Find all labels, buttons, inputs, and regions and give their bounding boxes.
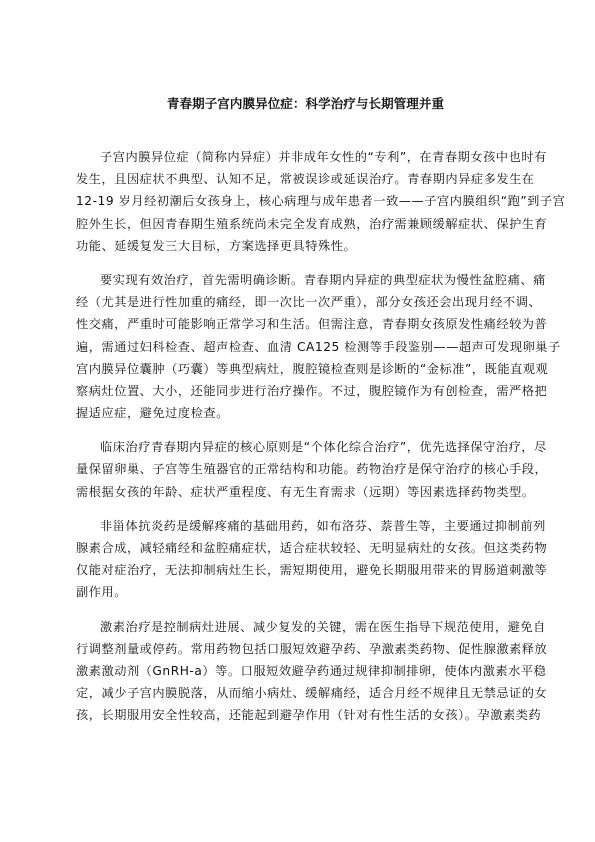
- text-line: 量保留卵巢、子宫等生殖器官的正常结构和功能。药物治疗是保守治疗的核心手段，: [76, 458, 528, 480]
- document-page: 青春期子宫内膜异位症：科学治疗与长期管理并重 子宫内膜异位症（简称内异症）并非成…: [0, 0, 595, 842]
- text-line: 察病灶位置、大小，还能同步进行治疗操作。不过，腹腔镜作为有创检查，需严格把: [76, 380, 528, 402]
- text-line: 需根据女孩的年龄、症状严重程度、有无生育需求（远期）等因素选择药物类型。: [76, 481, 528, 503]
- text-line: 握适应症，避免过度检查。: [76, 402, 528, 424]
- text-line: 行调整剂量或停药。常用药物包括口服短效避孕药、孕激素类药物、促性腺激素释放: [76, 638, 528, 660]
- text-line: 临床治疗青春期内异症的核心原则是“个体化综合治疗”，优先选择保守治疗，尽: [76, 436, 528, 458]
- text-line: 遍，需通过妇科检查、超声检查、血清 CA125 检测等手段鉴别——超声可发现卵巢…: [76, 336, 528, 358]
- text-line: 发生，且因症状不典型、认知不足，常被误诊或延误治疗。青春期内异症多发生在: [76, 168, 528, 190]
- text-line: 激素治疗是控制病灶进展、减少复发的关键，需在医生指导下规范使用，避免自: [76, 616, 528, 638]
- text-line: 宫内膜异位囊肿（巧囊）等典型病灶，腹腔镜检查则是诊断的“金标准”，既能直观观: [76, 358, 528, 380]
- document-title: 青春期子宫内膜异位症：科学治疗与长期管理并重: [0, 96, 595, 112]
- text-line: 副作用。: [76, 581, 528, 603]
- document-body: 子宫内膜异位症（简称内异症）并非成年女性的“专利”，在青春期女孩中也时有 发生，…: [76, 146, 528, 739]
- text-line: 非甾体抗炎药是缓解疼痛的基础用药，如布洛芬、萘普生等，主要通过抑制前列: [76, 515, 528, 537]
- text-line: 仅能对症治疗，无法抑制病灶生长，需短期使用，避免长期服用带来的胃肠道刺激等: [76, 559, 528, 581]
- paragraph-treatment-principle: 临床治疗青春期内异症的核心原则是“个体化综合治疗”，优先选择保守治疗，尽 量保留…: [76, 436, 528, 503]
- text-line: 性交痛，严重时可能影响正常学习和生活。但需注意，青春期女孩原发性痛经较为普: [76, 313, 528, 335]
- text-line: 腔外生长，但因青春期生殖系统尚未完全发育成熟，治疗需兼顾缓解症状、保护生育: [76, 213, 528, 235]
- text-line: 定，减少子宫内膜脱落，从而缩小病灶、缓解痛经，适合月经不规律且无禁忌证的女: [76, 682, 528, 704]
- paragraph-hormone-therapy: 激素治疗是控制病灶进展、减少复发的关键，需在医生指导下规范使用，避免自 行调整剂…: [76, 616, 528, 727]
- text-line: 要实现有效治疗，首先需明确诊断。青春期内异症的典型症状为慢性盆腔痛、痛: [76, 269, 528, 291]
- text-line: 功能、延缓复发三大目标，方案选择更具特殊性。: [76, 235, 528, 257]
- text-line: 12-19 岁月经初潮后女孩身上，核心病理与成年患者一致——子宫内膜组织“跑”到…: [76, 190, 528, 212]
- paragraph-intro: 子宫内膜异位症（简称内异症）并非成年女性的“专利”，在青春期女孩中也时有 发生，…: [76, 146, 528, 257]
- text-line: 孩，长期服用安全性较高，还能起到避孕作用（针对有性生活的女孩）。孕激素类药: [76, 704, 528, 726]
- paragraph-diagnosis: 要实现有效治疗，首先需明确诊断。青春期内异症的典型症状为慢性盆腔痛、痛 经（尤其…: [76, 269, 528, 424]
- text-line: 经（尤其是进行性加重的痛经，即一次比一次严重），部分女孩还会出现月经不调、: [76, 291, 528, 313]
- text-line: 腺素合成，减轻痛经和盆腔痛症状，适合症状较轻、无明显病灶的女孩。但这类药物: [76, 537, 528, 559]
- text-line: 子宫内膜异位症（简称内异症）并非成年女性的“专利”，在青春期女孩中也时有: [76, 146, 528, 168]
- text-line: 激素激动剂（GnRH-a）等。口服短效避孕药通过规律抑制排卵，使体内激素水平稳: [76, 660, 528, 682]
- paragraph-nsaids: 非甾体抗炎药是缓解疼痛的基础用药，如布洛芬、萘普生等，主要通过抑制前列 腺素合成…: [76, 515, 528, 604]
